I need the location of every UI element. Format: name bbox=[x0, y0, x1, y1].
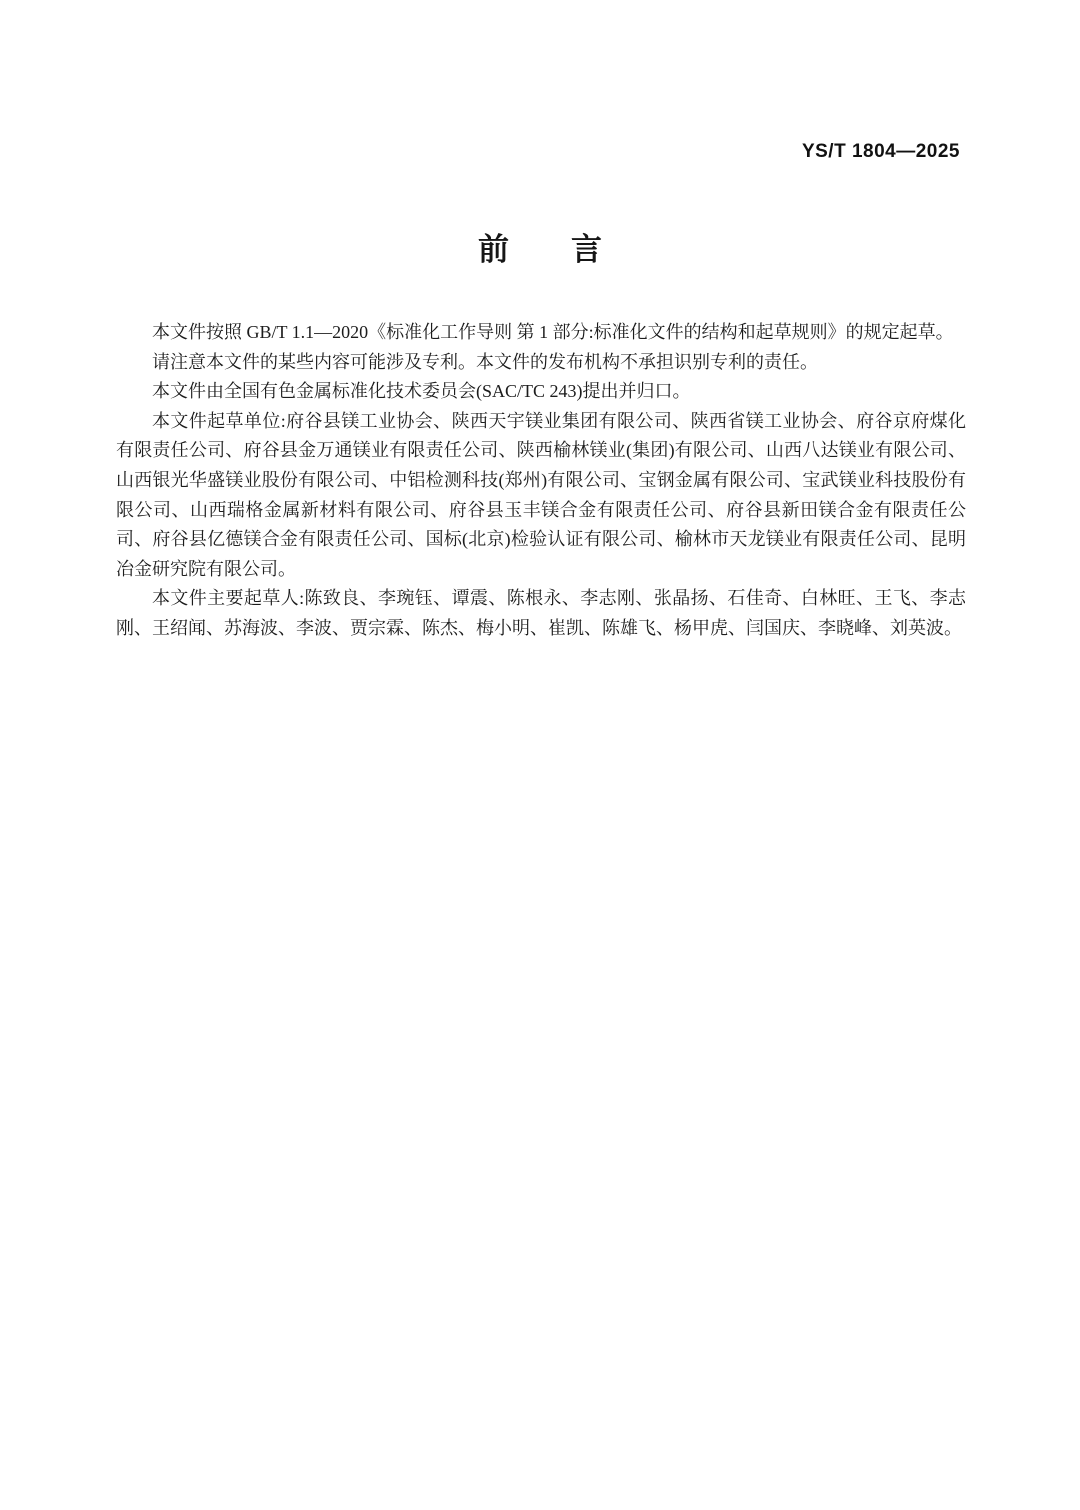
paragraph-committee: 本文件由全国有色金属标准化技术委员会(SAC/TC 243)提出并归口。 bbox=[116, 377, 966, 407]
standard-number: YS/T 1804—2025 bbox=[802, 141, 960, 163]
paragraph-drafting-organizations: 本文件起草单位:府谷县镁工业协会、陕西天宇镁业集团有限公司、陕西省镁工业协会、府… bbox=[116, 407, 966, 585]
document-page: YS/T 1804—2025 前言 本文件按照 GB/T 1.1—2020《标准… bbox=[0, 0, 1080, 1510]
page-title: 前言 bbox=[0, 224, 1080, 269]
foreword-body: 本文件按照 GB/T 1.1—2020《标准化工作导则 第 1 部分:标准化文件… bbox=[116, 318, 966, 644]
paragraph-main-drafters: 本文件主要起草人:陈致良、李琬钰、谭震、陈根永、李志刚、张晶扬、石佳奇、白林旺、… bbox=[116, 584, 966, 643]
page-title-word-2: 言 bbox=[571, 232, 602, 267]
paragraph-patent-notice: 请注意本文件的某些内容可能涉及专利。本文件的发布机构不承担识别专利的责任。 bbox=[116, 348, 966, 378]
page-title-word-1: 前 bbox=[478, 232, 509, 267]
paragraph-drafting-rules: 本文件按照 GB/T 1.1—2020《标准化工作导则 第 1 部分:标准化文件… bbox=[116, 318, 966, 348]
